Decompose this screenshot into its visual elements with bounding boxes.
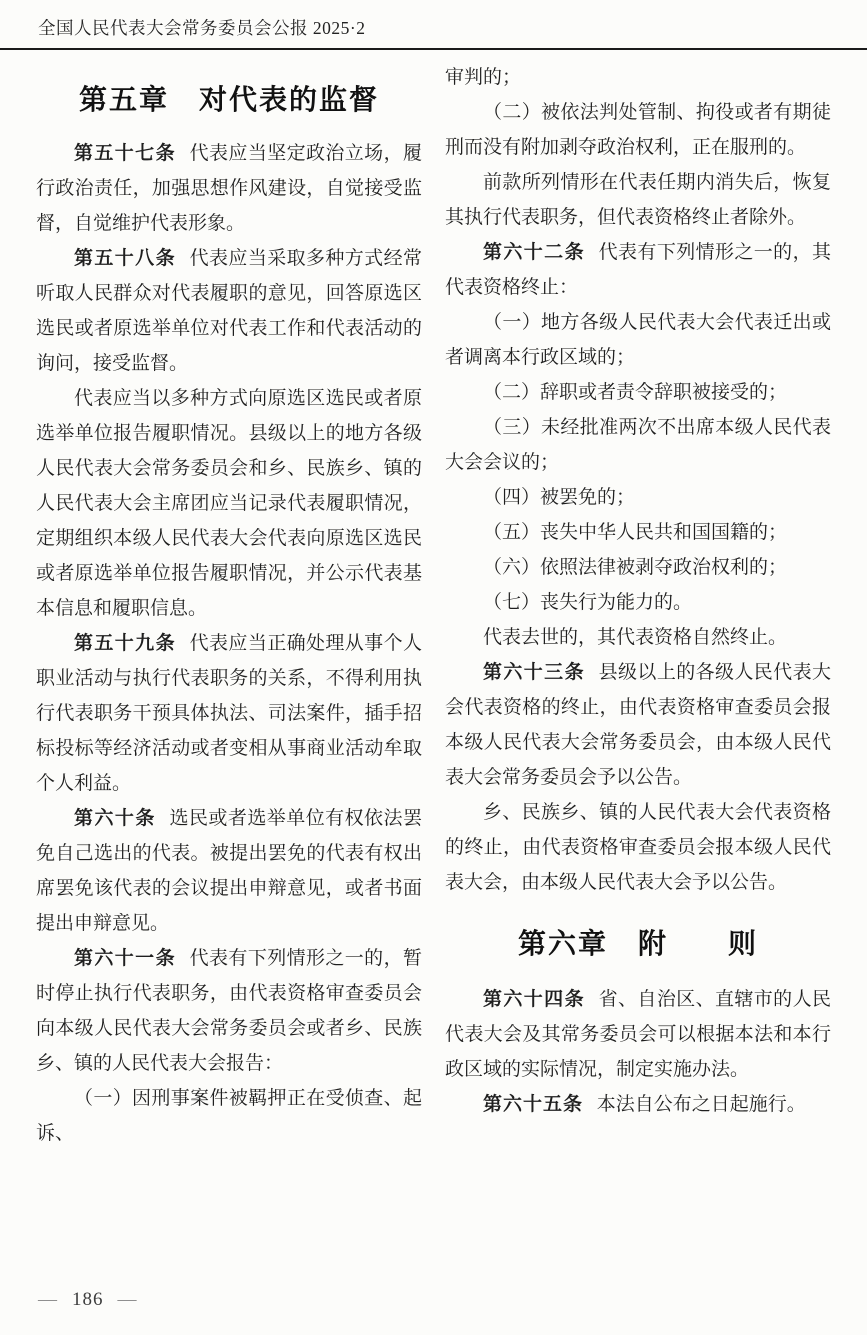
paragraph-text: 审判的；: [445, 67, 521, 88]
list-item-61-1: （一）因刑事案件被羁押正在受侦查、起诉、: [36, 1081, 422, 1151]
footer-dash-right: —: [118, 1289, 138, 1310]
list-item-62-7: （七）丧失行为能力的。: [445, 585, 831, 620]
paragraph-text: 本法自公布之日起施行。: [597, 1094, 806, 1115]
paragraph-text: 代表去世的，其代表资格自然终止。: [483, 627, 787, 648]
article-number-59: 第五十九条: [74, 633, 176, 654]
right-column: 审判的； （二）被依法判处管制、拘役或者有期徒刑而没有附加剥夺政治权利，正在服刑…: [445, 60, 831, 1151]
two-column-body: 第五章 对代表的监督 第五十七条代表应当坚定政治立场，履行政治责任，加强思想作风…: [0, 50, 867, 1151]
law-paragraph-article-61-clause-2: 前款所列情形在代表任期内消失后，恢复其执行代表职务，但代表资格终止者除外。: [445, 165, 831, 235]
paragraph-text: 乡、民族乡、镇的人民代表大会代表资格的终止，由代表资格审查委员会报本级人民代表大…: [445, 802, 831, 893]
list-item-62-6: （六）依照法律被剥夺政治权利的；: [445, 550, 831, 585]
paragraph-text: 代表应当以多种方式向原选区选民或者原选举单位报告履职情况。县级以上的地方各级人民…: [36, 388, 422, 619]
paragraph-text: 代表应当正确处理从事个人职业活动与执行代表职务的关系，不得利用执行代表职务干预具…: [36, 633, 422, 794]
paragraph-text: （五）丧失中华人民共和国国籍的；: [483, 522, 787, 543]
left-column: 第五章 对代表的监督 第五十七条代表应当坚定政治立场，履行政治责任，加强思想作风…: [36, 60, 422, 1151]
article-number-63: 第六十三条: [483, 662, 585, 683]
law-paragraph-article-64: 第六十四条省、自治区、直辖市的人民代表大会及其常务委员会可以根据本法和本行政区域…: [445, 982, 831, 1087]
paragraph-text: （三）未经批准两次不出席本级人民代表大会会议的；: [445, 417, 831, 473]
law-paragraph-article-61: 第六十一条代表有下列情形之一的，暂时停止执行代表职务，由代表资格审查委员会向本级…: [36, 941, 422, 1081]
list-item-62-1: （一）地方各级人民代表大会代表迁出或者调离本行政区域的；: [445, 305, 831, 375]
law-paragraph-article-60: 第六十条选民或者选举单位有权依法罢免自己选出的代表。被提出罢免的代表有权出席罢免…: [36, 801, 422, 941]
page-header: 全国人民代表大会常务委员会公报 2025·2: [0, 0, 867, 50]
publication-title: 全国人民代表大会常务委员会公报 2025·2: [38, 18, 365, 38]
law-paragraph-article-62: 第六十二条代表有下列情形之一的，其代表资格终止：: [445, 235, 831, 305]
chapter-6-heading: 第六章 附 则: [445, 925, 831, 963]
law-paragraph-article-58: 第五十八条代表应当采取多种方式经常听取人民群众对代表履职的意见，回答原选区选民或…: [36, 241, 422, 381]
page-footer: —186—: [38, 1289, 138, 1311]
paragraph-text: （一）地方各级人民代表大会代表迁出或者调离本行政区域的；: [445, 312, 831, 368]
law-paragraph-article-63-clause-2: 乡、民族乡、镇的人民代表大会代表资格的终止，由代表资格审查委员会报本级人民代表大…: [445, 795, 831, 900]
law-paragraph-article-57: 第五十七条代表应当坚定政治立场，履行政治责任，加强思想作风建设，自觉接受监督，自…: [36, 136, 422, 241]
article-number-57: 第五十七条: [74, 143, 176, 164]
article-number-58: 第五十八条: [74, 248, 176, 269]
article-number-64: 第六十四条: [483, 989, 585, 1010]
paragraph-text: （四）被罢免的；: [483, 487, 635, 508]
article-number-60: 第六十条: [74, 808, 156, 829]
page-number: 186: [72, 1289, 104, 1310]
paragraph-text: （七）丧失行为能力的。: [483, 592, 692, 613]
footer-dash-left: —: [38, 1289, 58, 1310]
list-item-62-2: （二）辞职或者责令辞职被接受的；: [445, 375, 831, 410]
gazette-page: 全国人民代表大会常务委员会公报 2025·2 第五章 对代表的监督 第五十七条代…: [0, 0, 867, 1335]
article-number-62: 第六十二条: [483, 242, 585, 263]
law-paragraph-article-65: 第六十五条本法自公布之日起施行。: [445, 1087, 831, 1122]
law-paragraph-article-63: 第六十三条县级以上的各级人民代表大会代表资格的终止，由代表资格审查委员会报本级人…: [445, 655, 831, 795]
list-item-62-3: （三）未经批准两次不出席本级人民代表大会会议的；: [445, 410, 831, 480]
list-item-62-4: （四）被罢免的；: [445, 480, 831, 515]
law-paragraph-article-62-clause-2: 代表去世的，其代表资格自然终止。: [445, 620, 831, 655]
list-item-61-2: （二）被依法判处管制、拘役或者有期徒刑而没有附加剥夺政治权利，正在服刑的。: [445, 95, 831, 165]
paragraph-text: （一）因刑事案件被羁押正在受侦查、起诉、: [36, 1088, 422, 1144]
paragraph-text: 前款所列情形在代表任期内消失后，恢复其执行代表职务，但代表资格终止者除外。: [445, 172, 831, 228]
continuation-paragraph: 审判的；: [445, 60, 831, 95]
article-number-65: 第六十五条: [483, 1094, 583, 1115]
article-number-61: 第六十一条: [74, 948, 176, 969]
paragraph-text: （二）被依法判处管制、拘役或者有期徒刑而没有附加剥夺政治权利，正在服刑的。: [445, 102, 831, 158]
chapter-5-heading: 第五章 对代表的监督: [36, 81, 422, 119]
paragraph-text: （六）依照法律被剥夺政治权利的；: [483, 557, 787, 578]
paragraph-text: （二）辞职或者责令辞职被接受的；: [483, 382, 787, 403]
law-paragraph-article-59: 第五十九条代表应当正确处理从事个人职业活动与执行代表职务的关系，不得利用执行代表…: [36, 626, 422, 801]
list-item-62-5: （五）丧失中华人民共和国国籍的；: [445, 515, 831, 550]
law-paragraph-article-58-clause-2: 代表应当以多种方式向原选区选民或者原选举单位报告履职情况。县级以上的地方各级人民…: [36, 381, 422, 626]
